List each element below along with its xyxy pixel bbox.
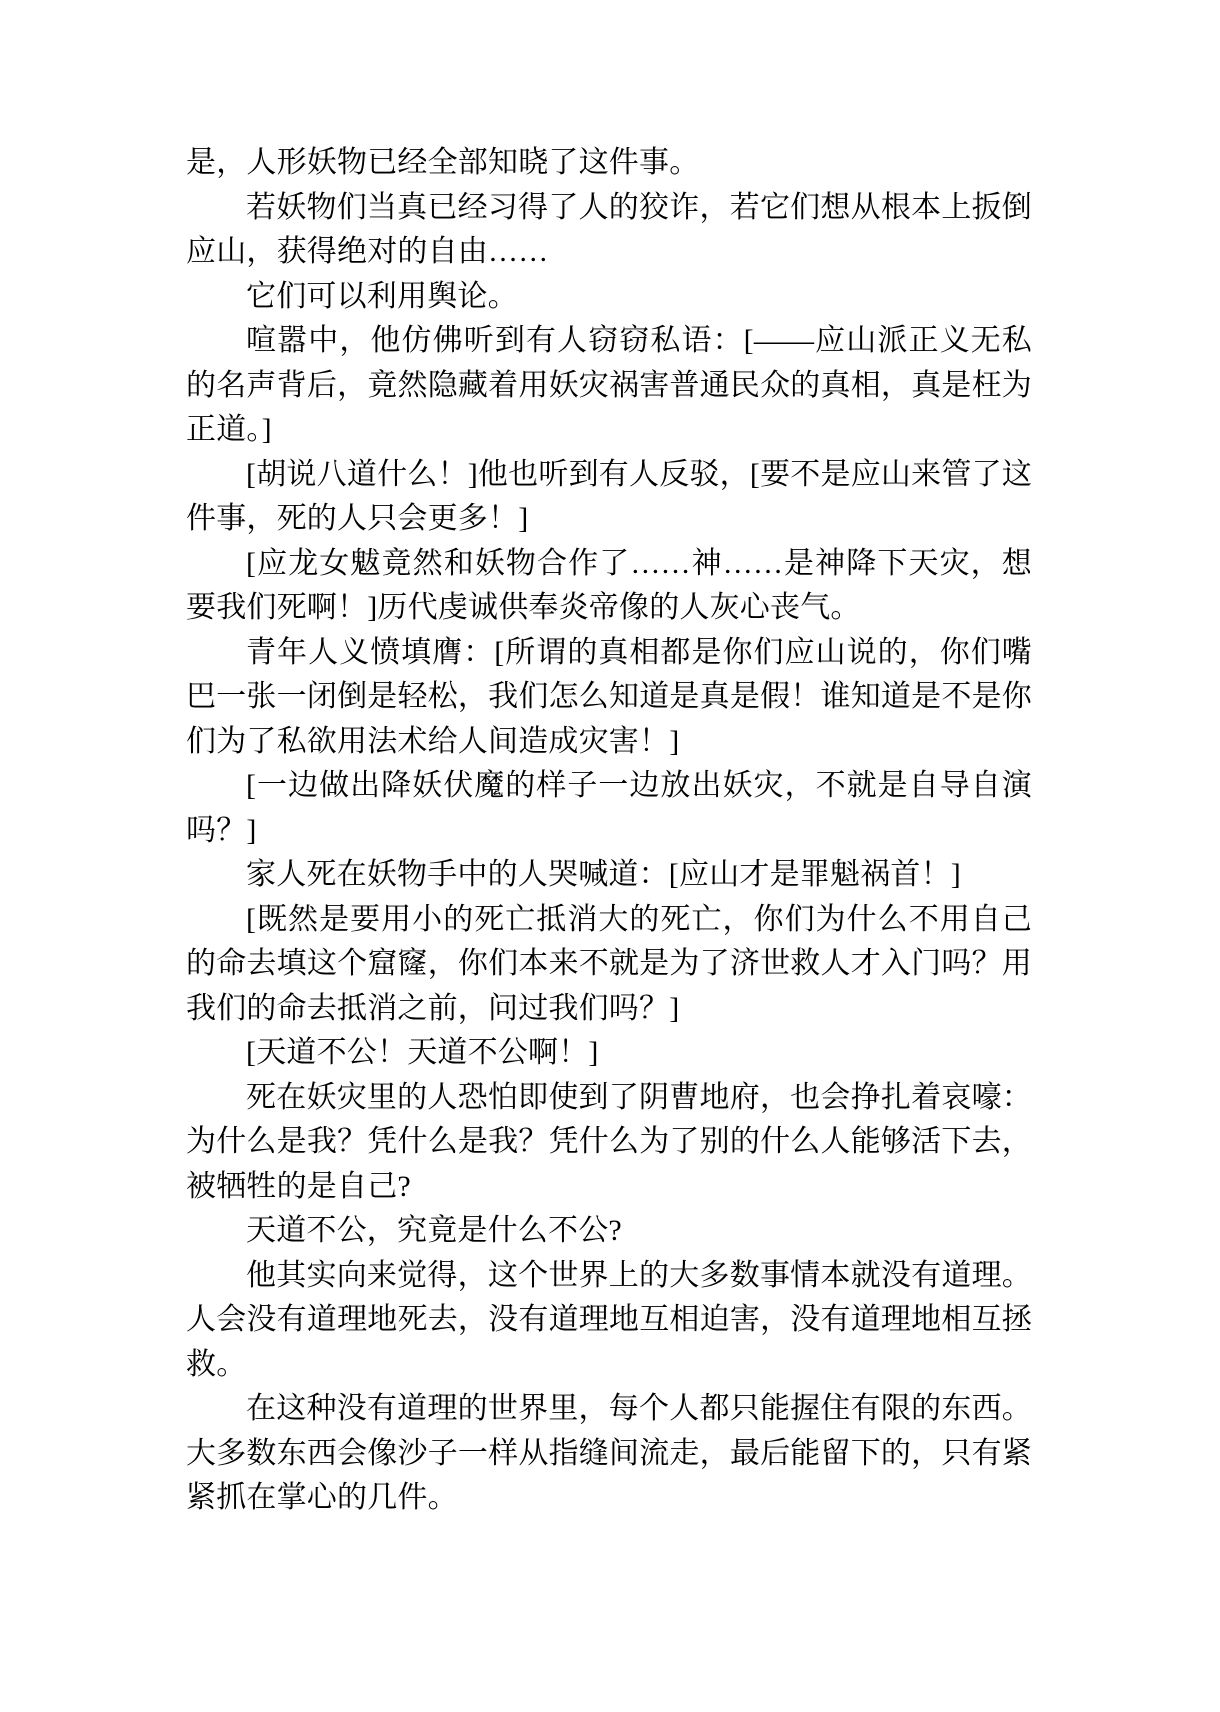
paragraph: 是，人形妖物已经全部知晓了这件事。 [186,141,1032,186]
paragraph: 若妖物们当真已经习得了人的狡诈，若它们想从根本上扳倒应山，获得绝对的自由…… [186,186,1032,275]
paragraph: [一边做出降妖伏魔的样子一边放出妖灾，不就是自导自演吗？] [186,764,1032,853]
paragraph: [应龙女魃竟然和妖物合作了……神……是神降下天灾，想要我们死啊！]历代虔诚供奉炎… [186,542,1032,631]
paragraph: 喧嚣中，他仿佛听到有人窃窃私语：[——应山派正义无私的名声背后，竟然隐藏着用妖灾… [186,319,1032,453]
paragraph: 他其实向来觉得，这个世界上的大多数事情本就没有道理。人会没有道理地死去，没有道理… [186,1254,1032,1388]
paragraph: [胡说八道什么！]他也听到有人反驳，[要不是应山来管了这件事，死的人只会更多！] [186,453,1032,542]
novel-page: 是，人形妖物已经全部知晓了这件事。若妖物们当真已经习得了人的狡诈，若它们想从根本… [0,0,1220,1712]
paragraph: 天道不公，究竟是什么不公? [186,1209,1032,1254]
paragraph: [天道不公！天道不公啊！] [186,1031,1032,1076]
body-text: 是，人形妖物已经全部知晓了这件事。若妖物们当真已经习得了人的狡诈，若它们想从根本… [186,141,1032,1521]
paragraph: 它们可以利用舆论。 [186,275,1032,320]
paragraph: 青年人义愤填膺：[所谓的真相都是你们应山说的，你们嘴巴一张一闭倒是轻松，我们怎么… [186,631,1032,765]
paragraph: 死在妖灾里的人恐怕即使到了阴曹地府，也会挣扎着哀嚎：为什么是我？凭什么是我？凭什… [186,1076,1032,1210]
paragraph: 在这种没有道理的世界里，每个人都只能握住有限的东西。大多数东西会像沙子一样从指缝… [186,1387,1032,1521]
paragraph: 家人死在妖物手中的人哭喊道：[应山才是罪魁祸首！] [186,853,1032,898]
paragraph: [既然是要用小的死亡抵消大的死亡，你们为什么不用自己的命去填这个窟窿，你们本来不… [186,898,1032,1032]
